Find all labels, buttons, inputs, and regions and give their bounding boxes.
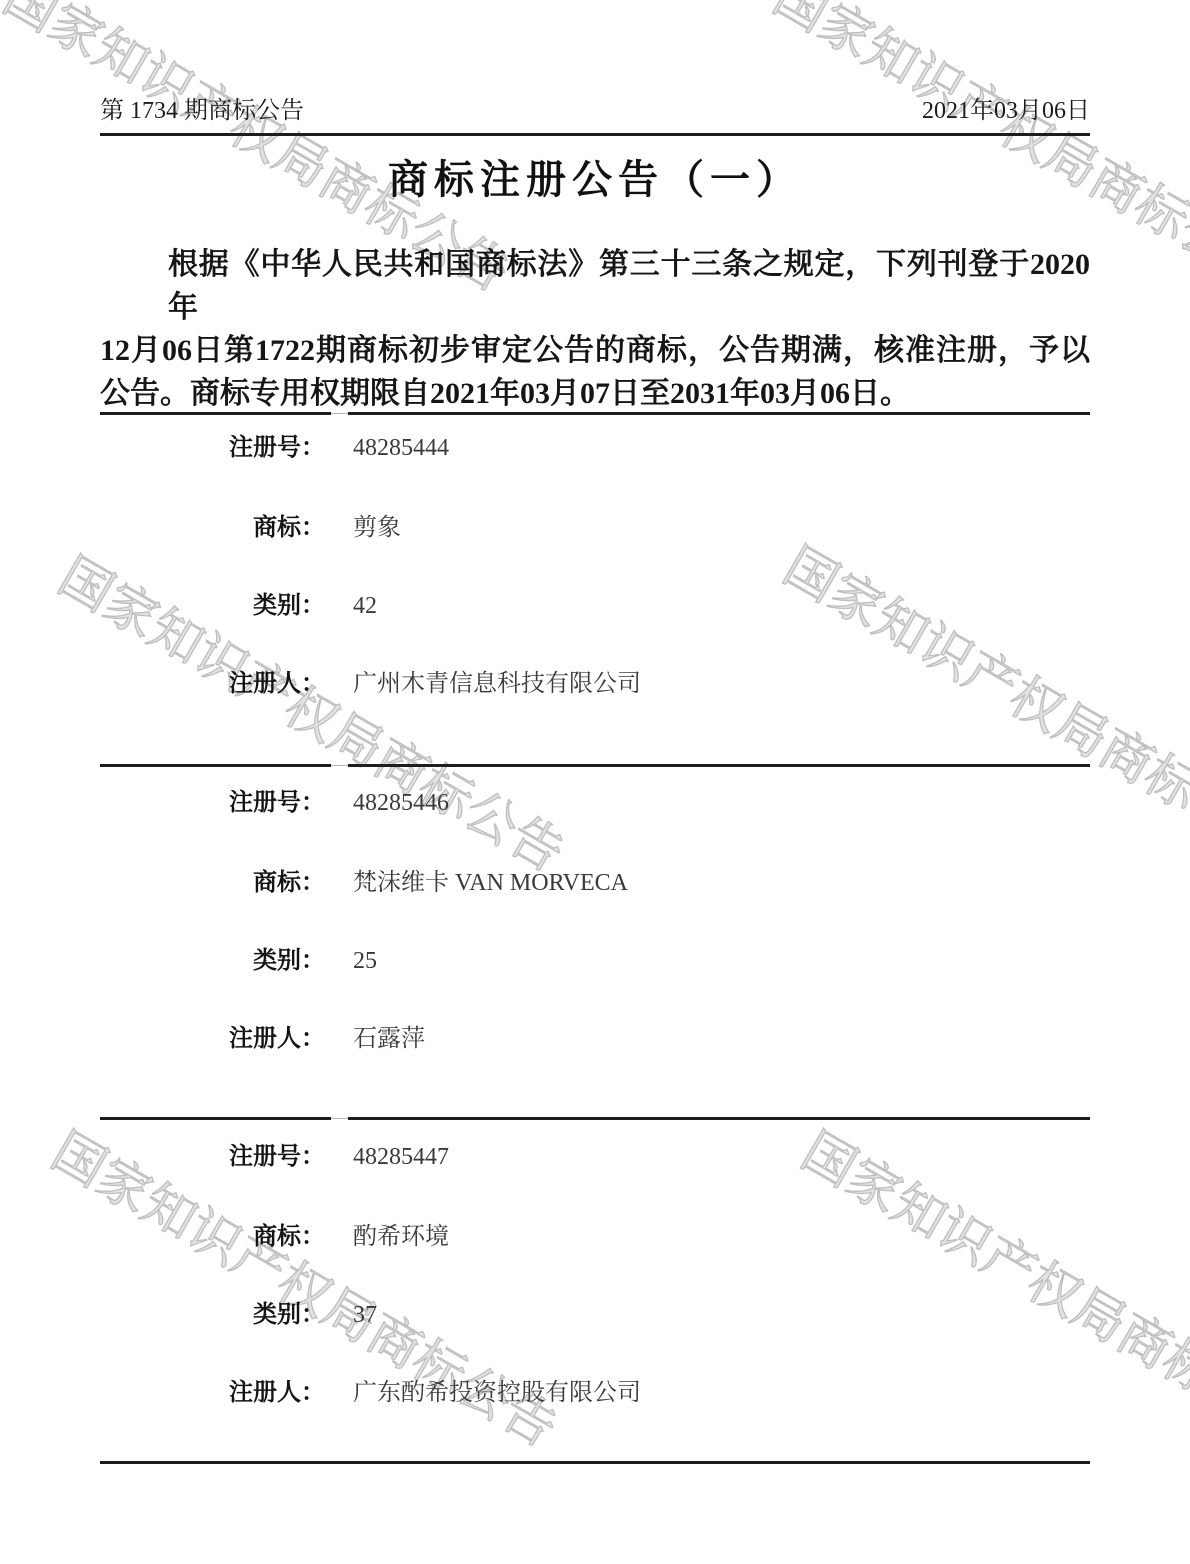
- field-label-registrant: 注册人：: [100, 669, 325, 699]
- entry-row-class: 类别： 42: [100, 591, 1090, 625]
- page-header: 第 1734 期商标公告 2021年03月06日: [100, 95, 1090, 127]
- divider-segment: [100, 1117, 331, 1120]
- field-label-regno: 注册号：: [100, 1142, 325, 1172]
- entry-row-class: 类别： 37: [100, 1300, 1090, 1334]
- gazette-date: 2021年03月06日: [922, 95, 1090, 127]
- gazette-content: 第 1734 期商标公告 2021年03月06日 商标注册公告（一） 根据《中华…: [0, 0, 1190, 1564]
- intro-line-3: 公告。商标专用权期限自2021年03月07日至2031年03月06日。: [100, 372, 1090, 415]
- entry-row-regno: 注册号： 48285444: [100, 433, 1090, 467]
- entry-row-registrant: 注册人： 广州木青信息科技有限公司: [100, 669, 1090, 703]
- field-label-class: 类别：: [100, 1300, 325, 1330]
- entry-row-class: 类别： 25: [100, 946, 1090, 980]
- section-divider: [100, 1117, 1090, 1120]
- field-label-mark: 商标：: [100, 1222, 325, 1252]
- entry-row-mark: 商标： 剪象: [100, 513, 1090, 547]
- field-value-regno: 48285447: [353, 1142, 1090, 1172]
- divider-segment: [100, 412, 331, 415]
- section-divider: [100, 764, 1090, 767]
- field-value-mark: 梵沫维卡 VAN MORVECA: [353, 868, 1090, 898]
- intro-line-1: 根据《中华人民共和国商标法》第三十三条之规定，下列刊登于2020年: [100, 243, 1090, 329]
- divider-segment: [348, 412, 1090, 415]
- intro-line-2: 12月06日第1722期商标初步审定公告的商标，公告期满，核准注册，予以: [100, 329, 1090, 372]
- entry-row-mark: 商标： 梵沫维卡 VAN MORVECA: [100, 868, 1090, 902]
- header-rule: [100, 133, 1090, 136]
- field-label-class: 类别：: [100, 946, 325, 976]
- page-title: 商标注册公告（一）: [100, 148, 1090, 205]
- field-label-regno: 注册号：: [100, 433, 325, 463]
- field-label-registrant: 注册人：: [100, 1024, 325, 1054]
- field-label-class: 类别：: [100, 591, 325, 621]
- entry-row-regno: 注册号： 48285446: [100, 788, 1090, 822]
- field-label-registrant: 注册人：: [100, 1378, 325, 1408]
- field-label-mark: 商标：: [100, 513, 325, 543]
- field-label-mark: 商标：: [100, 868, 325, 898]
- field-label-regno: 注册号：: [100, 788, 325, 818]
- entry-row-mark: 商标： 酌希环境: [100, 1222, 1090, 1256]
- gazette-issue-number: 第 1734 期商标公告: [100, 95, 304, 127]
- field-value-registrant: 石露萍: [353, 1024, 1090, 1054]
- entry-row-regno: 注册号： 48285447: [100, 1142, 1090, 1176]
- intro-paragraph: 根据《中华人民共和国商标法》第三十三条之规定，下列刊登于2020年 12月06日…: [100, 243, 1090, 415]
- entry-row-registrant: 注册人： 石露萍: [100, 1024, 1090, 1058]
- field-value-registrant: 广东酌希投资控股有限公司: [353, 1378, 1090, 1408]
- divider-segment: [348, 764, 1090, 767]
- field-value-mark: 剪象: [353, 513, 1090, 543]
- field-value-class: 25: [353, 946, 1090, 976]
- field-value-class: 42: [353, 591, 1090, 621]
- section-divider: [100, 412, 1090, 415]
- field-value-regno: 48285446: [353, 788, 1090, 818]
- entry-row-registrant: 注册人： 广东酌希投资控股有限公司: [100, 1378, 1090, 1412]
- divider-segment: [348, 1117, 1090, 1120]
- field-value-regno: 48285444: [353, 433, 1090, 463]
- field-value-mark: 酌希环境: [353, 1222, 1090, 1252]
- gazette-page: 国家知识产权局商标公告 国家知识产权局商标公告 国家知识产权局商标公告 国家知识…: [0, 0, 1190, 1564]
- field-value-class: 37: [353, 1300, 1090, 1330]
- divider-segment: [100, 764, 331, 767]
- field-value-registrant: 广州木青信息科技有限公司: [353, 669, 1090, 699]
- bottom-rule: [100, 1461, 1090, 1464]
